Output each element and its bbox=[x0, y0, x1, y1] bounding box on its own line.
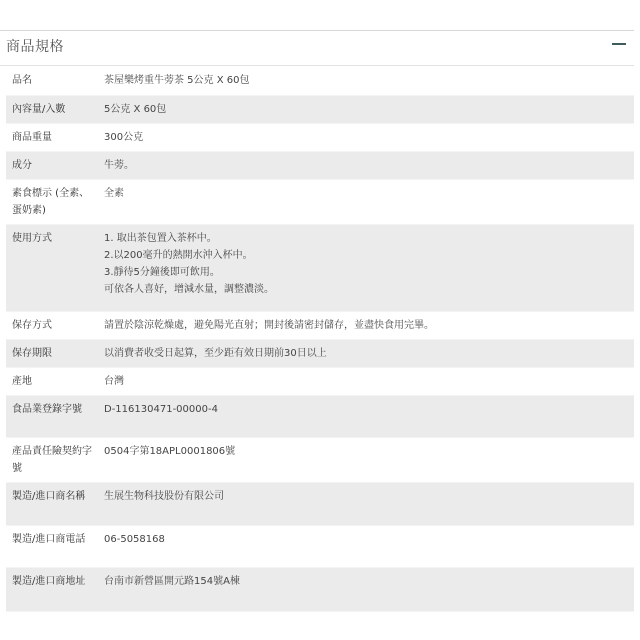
section-title: 商品規格 bbox=[6, 36, 64, 56]
spec-value: 生展生物科技股份有限公司 bbox=[98, 482, 634, 525]
spec-row-manufacturer-name: 製造/進口商名稱 生展生物科技股份有限公司 bbox=[6, 482, 634, 525]
spec-row-vegetarian: 素食標示 (全素、蛋奶素) 全素 bbox=[6, 179, 634, 224]
spec-value: 5公克 X 60包 bbox=[98, 95, 634, 123]
spec-label: 使用方式 bbox=[6, 224, 98, 311]
spec-value: 0504字第18APL0001806號 bbox=[98, 437, 634, 482]
spec-label: 品名 bbox=[6, 67, 98, 95]
spec-row-storage: 保存方式 請置於陰涼乾燥處，避免陽光直射；開封後請密封儲存，並盡快食用完畢。 bbox=[6, 311, 634, 339]
usage-note: 可依各人喜好，增減水量，調整濃淡。 bbox=[104, 281, 628, 298]
spec-row-food-registration: 食品業登錄字號 D-116130471-00000-4 bbox=[6, 395, 634, 437]
spec-value: D-116130471-00000-4 bbox=[98, 395, 634, 437]
spec-value: 全素 bbox=[98, 179, 634, 224]
spec-table: 品名 茶屋樂烤重牛蒡茶 5公克 X 60包 內容量/入數 5公克 X 60包 商… bbox=[6, 67, 634, 612]
spec-row-usage: 使用方式 1. 取出茶包置入茶杯中。 2.以200毫升的熱開水沖入杯中。 3.靜… bbox=[6, 224, 634, 311]
spec-value-multiline: 1. 取出茶包置入茶杯中。 2.以200毫升的熱開水沖入杯中。 3.靜待5分鐘後… bbox=[98, 224, 634, 311]
spec-row-shelf-life: 保存期限 以消費者收受日起算，至少距有效日期前30日以上 bbox=[6, 339, 634, 367]
spec-value: 牛蒡。 bbox=[98, 151, 634, 179]
spec-value: 台南市新營區開元路154號A棟 bbox=[98, 567, 634, 611]
spec-label: 製造/進口商地址 bbox=[6, 567, 98, 611]
spec-row-ingredients: 成分 牛蒡。 bbox=[6, 151, 634, 179]
spec-value: 茶屋樂烤重牛蒡茶 5公克 X 60包 bbox=[98, 67, 634, 95]
spec-label: 產品責任險契約字號 bbox=[6, 437, 98, 482]
spec-row-name: 品名 茶屋樂烤重牛蒡茶 5公克 X 60包 bbox=[6, 67, 634, 95]
spec-label: 成分 bbox=[6, 151, 98, 179]
spec-row-manufacturer-phone: 製造/進口商電話 06-5058168 bbox=[6, 525, 634, 567]
spec-row-liability-insurance: 產品責任險契約字號 0504字第18APL0001806號 bbox=[6, 437, 634, 482]
spec-row-quantity: 內容量/入數 5公克 X 60包 bbox=[6, 95, 634, 123]
spec-label: 產地 bbox=[6, 367, 98, 395]
spec-value: 06-5058168 bbox=[98, 525, 634, 567]
product-spec-section: 商品規格 bbox=[0, 30, 634, 66]
spec-label: 製造/進口商名稱 bbox=[6, 482, 98, 525]
collapse-button[interactable] bbox=[608, 37, 630, 55]
spec-row-manufacturer-address: 製造/進口商地址 台南市新營區開元路154號A棟 bbox=[6, 567, 634, 611]
spec-label: 保存期限 bbox=[6, 339, 98, 367]
spec-label: 內容量/入數 bbox=[6, 95, 98, 123]
spec-label: 保存方式 bbox=[6, 311, 98, 339]
spec-label: 食品業登錄字號 bbox=[6, 395, 98, 437]
usage-step-1: 1. 取出茶包置入茶杯中。 bbox=[104, 230, 628, 247]
spec-label: 製造/進口商電話 bbox=[6, 525, 98, 567]
spec-value: 300公克 bbox=[98, 123, 634, 151]
section-header[interactable]: 商品規格 bbox=[0, 31, 634, 66]
spec-row-origin: 產地 台灣 bbox=[6, 367, 634, 395]
minus-icon bbox=[612, 43, 626, 45]
spec-row-weight: 商品重量 300公克 bbox=[6, 123, 634, 151]
spec-value: 台灣 bbox=[98, 367, 634, 395]
usage-step-3: 3.靜待5分鐘後即可飲用。 bbox=[104, 264, 628, 281]
usage-step-2: 2.以200毫升的熱開水沖入杯中。 bbox=[104, 247, 628, 264]
spec-label: 商品重量 bbox=[6, 123, 98, 151]
spec-value: 請置於陰涼乾燥處，避免陽光直射；開封後請密封儲存，並盡快食用完畢。 bbox=[98, 311, 634, 339]
spec-value: 以消費者收受日起算，至少距有效日期前30日以上 bbox=[98, 339, 634, 367]
spec-label: 素食標示 (全素、蛋奶素) bbox=[6, 179, 98, 224]
